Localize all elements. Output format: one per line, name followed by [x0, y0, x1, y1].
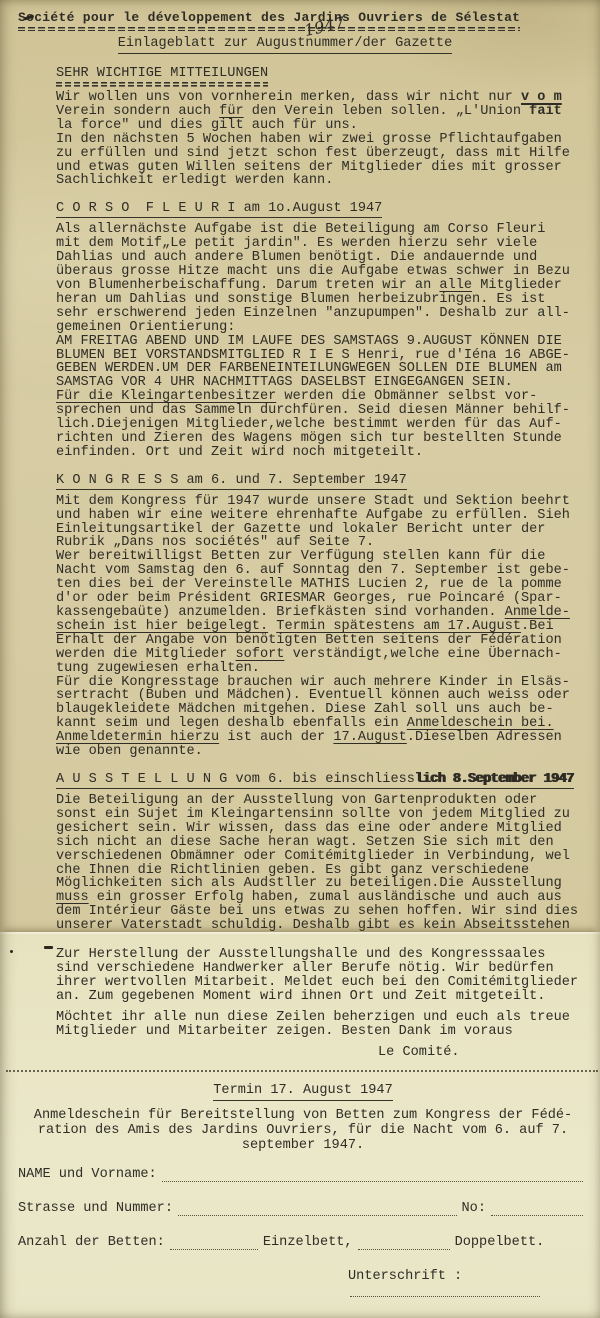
form-title: Termin 17. August 1947 — [213, 1083, 392, 1101]
document-title: Société pour le développement des Jardin… — [18, 10, 520, 31]
section-heading-kongress: K O N G R E S S am 6. und 7. September 1… — [56, 473, 407, 490]
name-field-label: NAME und Vorname: — [18, 1167, 157, 1182]
form-intro-text: Anmeldeschein für Bereitstellung von Bet… — [18, 1109, 588, 1153]
double-bed-label: Doppelbett. — [455, 1235, 545, 1250]
corso-heading-row: C O R S O F L E U R I am 1o.August 1947 — [56, 195, 590, 223]
street-fill-line — [178, 1202, 457, 1216]
paragraph-appell: Möchtet ihr alle nun diese Zeilen beherz… — [56, 1011, 590, 1039]
single-bed-label: Einzelbett, — [263, 1235, 353, 1250]
beds-field-label: Anzahl der Betten: — [18, 1235, 165, 1250]
ink-mark — [44, 946, 53, 949]
double-bed-fill-line — [358, 1236, 450, 1250]
paragraph-kongress: Mit dem Kongress für 1947 wurde unsere S… — [56, 495, 590, 759]
street-field-label: Strasse und Nummer: — [18, 1201, 173, 1216]
name-fill-line — [162, 1168, 583, 1182]
paragraph-corso-fleuri: Als allernächste Aufgabe ist die Beteili… — [56, 223, 590, 459]
document-subtitle-row: 1947 Einlageblatt zur Augustnummer/der G… — [18, 33, 552, 54]
committee-signature: Le Comité. — [56, 1045, 590, 1060]
main-heading-row: SEHR WICHTIGE MITTEILUNGEN — [56, 63, 590, 91]
ausstellung-heading-row: A U S S T E L L U N G vom 6. bis einschl… — [56, 766, 590, 794]
document-sheet-bottom: Zur Herstellung der Ausstellungshalle un… — [0, 932, 600, 1318]
main-heading: SEHR WICHTIGE MITTEILUNGEN — [56, 66, 268, 87]
paragraph-intro: Wir wollen uns von vornherein merken, da… — [56, 91, 590, 188]
dotted-separator — [6, 1070, 598, 1072]
document-sheet-top: Société pour le développement des Jardin… — [0, 0, 600, 932]
registration-form: Termin 17. August 1947 Anmeldeschein für… — [18, 1080, 588, 1284]
number-fill-line — [491, 1202, 583, 1216]
form-field-name: NAME und Vorname: — [18, 1167, 588, 1182]
kongress-heading-row: K O N G R E S S am 6. und 7. September 1… — [56, 467, 590, 495]
signature-fill-line — [350, 1296, 540, 1297]
paragraph-handwerker: Zur Herstellung der Ausstellungshalle un… — [56, 948, 590, 1004]
form-title-row: Termin 17. August 1947 — [18, 1080, 588, 1101]
document-subtitle: Einlageblatt zur Augustnummer/der Gazett… — [118, 36, 452, 54]
single-bed-fill-line — [170, 1236, 258, 1250]
form-field-street: Strasse und Nummer: No: — [18, 1201, 588, 1216]
paragraph-ausstellung: Die Beteiligung an der Ausstellung von G… — [56, 794, 590, 947]
form-field-beds: Anzahl der Betten: Einzelbett, Doppelbet… — [18, 1235, 588, 1250]
signature-field-label: Unterschrift : — [18, 1269, 588, 1284]
section-heading-ausstellung: A U S S T E L L U N G vom 6. bis einschl… — [56, 772, 574, 789]
ink-mark — [10, 950, 13, 953]
number-field-label: No: — [462, 1201, 486, 1216]
section-heading-corso-fleuri: C O R S O F L E U R I am 1o.August 1947 — [56, 201, 382, 218]
